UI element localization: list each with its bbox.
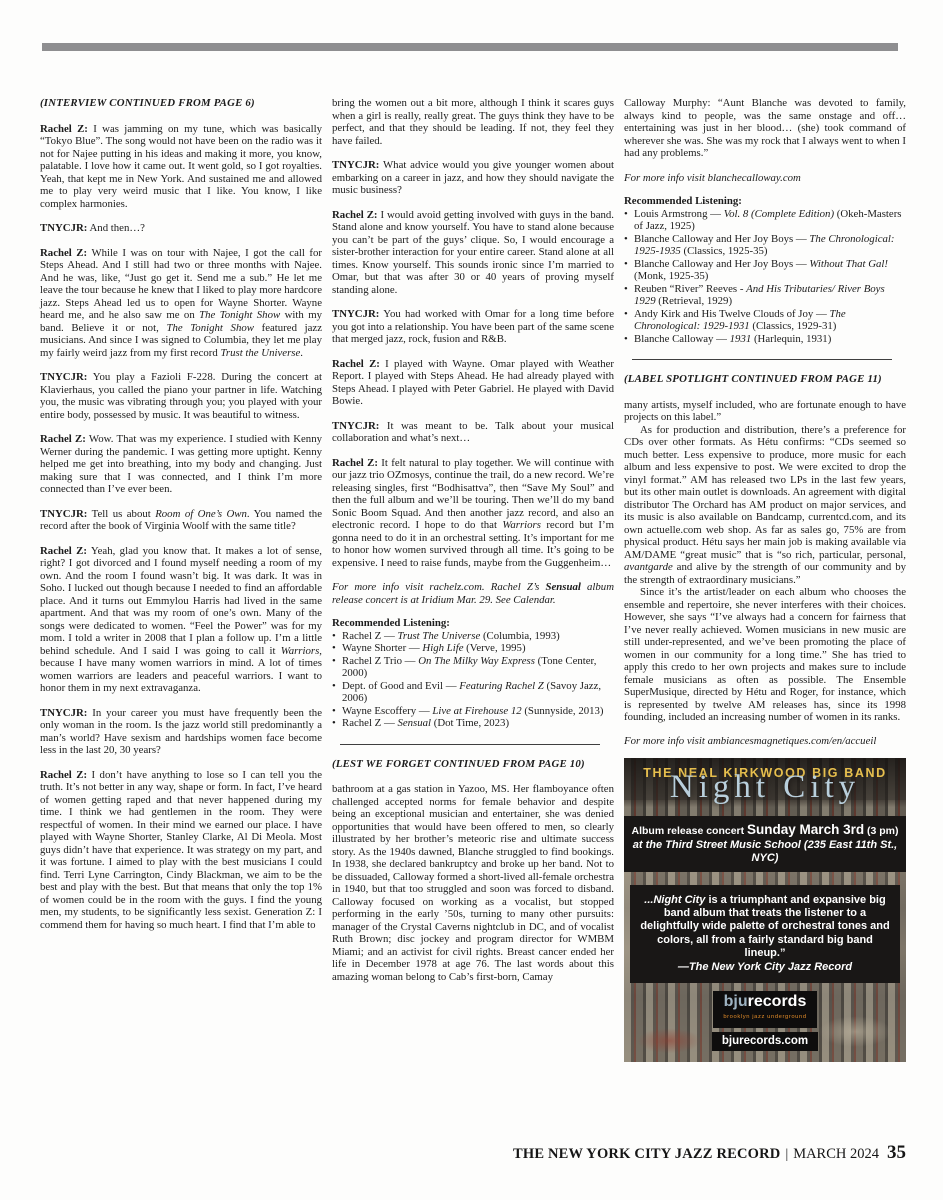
bullet-icon: • xyxy=(624,208,634,233)
bullet-icon: • xyxy=(332,705,342,718)
listening-item: •Blanche Calloway — 1931 (Harlequin, 193… xyxy=(624,333,906,346)
album-title: Night City xyxy=(626,781,904,794)
concert-info-band: Album release concert Sunday March 3rd (… xyxy=(624,816,906,872)
listening-item: •Rachel Z — Trust The Universe (Columbia… xyxy=(332,630,614,643)
bullet-icon: • xyxy=(624,333,634,346)
body-paragraph: Rachel Z: I was jamming on my tune, whic… xyxy=(40,123,322,211)
body-paragraph: TNYCJR: What advice would you give young… xyxy=(332,159,614,197)
column-3-text: Calloway Murphy: “Aunt Blanche was devot… xyxy=(624,97,906,747)
review-quote: ...Night City is a triumphant and expans… xyxy=(630,885,900,983)
body-paragraph: many artists, myself included, who are f… xyxy=(624,399,906,424)
section-header: (LEST WE FORGET CONTINUED FROM PAGE 10) xyxy=(332,758,614,771)
bullet-icon: • xyxy=(332,717,342,730)
logo-records: records xyxy=(748,993,807,1010)
release-date: Sunday March 3rd xyxy=(747,822,864,837)
body-paragraph: Calloway Murphy: “Aunt Blanche was devot… xyxy=(624,97,906,160)
footer-separator: | xyxy=(785,1146,788,1161)
body-paragraph: Rachel Z: I played with Wayne. Omar play… xyxy=(332,358,614,408)
issue-date: MARCH 2024 xyxy=(793,1146,879,1162)
bullet-icon: • xyxy=(624,308,634,333)
page-number: 35 xyxy=(887,1142,906,1163)
section-divider xyxy=(632,359,892,360)
listening-item-text: Louis Armstrong — Vol. 8 (Complete Editi… xyxy=(634,208,906,233)
body-paragraph: TNYCJR: And then…? xyxy=(40,222,322,235)
listening-item-text: Dept. of Good and Evil — Featuring Rache… xyxy=(342,680,614,705)
listening-item: •Louis Armstrong — Vol. 8 (Complete Edit… xyxy=(624,208,906,233)
painting-strip xyxy=(624,872,906,885)
release-line: Album release concert Sunday March 3rd (… xyxy=(627,822,903,839)
bullet-icon: • xyxy=(332,655,342,680)
listening-item-text: Rachel Z Trio — On The Milky Way Express… xyxy=(342,655,614,680)
info-note: For more info visit rachelz.com. Rachel … xyxy=(332,581,614,606)
listening-item-text: Blanche Calloway — 1931 (Harlequin, 1931… xyxy=(634,333,906,346)
magazine-page: (INTERVIEW CONTINUED FROM PAGE 6)Rachel … xyxy=(0,0,943,1200)
list-header: Recommended Listening: xyxy=(332,617,614,630)
bullet-icon: • xyxy=(624,258,634,283)
bullet-icon: • xyxy=(624,283,634,308)
listening-item-text: Blanche Calloway and Her Joy Boys — With… xyxy=(634,258,906,283)
listening-item: •Rachel Z Trio — On The Milky Way Expres… xyxy=(332,655,614,680)
body-paragraph: TNYCJR: In your career you must have fre… xyxy=(40,707,322,757)
label-website: bjurecords.com xyxy=(712,1032,818,1052)
listening-item: •Wayne Escoffery — Live at Firehouse 12 … xyxy=(332,705,614,718)
ad-header: THE NEAL KIRKWOOD BIG BAND Night City xyxy=(624,758,906,800)
album-ad: THE NEAL KIRKWOOD BIG BAND Night City Al… xyxy=(624,758,906,1062)
logo-tagline: brooklyn jazz underground xyxy=(723,1011,806,1024)
bullet-icon: • xyxy=(332,642,342,655)
column-1: (INTERVIEW CONTINUED FROM PAGE 6)Rachel … xyxy=(40,97,322,1062)
bullet-icon: • xyxy=(332,680,342,705)
quote-text: ...Night City is a triumphant and expans… xyxy=(639,894,891,960)
column-3: Calloway Murphy: “Aunt Blanche was devot… xyxy=(624,97,906,1062)
publication-title: THE NEW YORK CITY JAZZ RECORD xyxy=(513,1146,781,1162)
body-paragraph: Rachel Z: It felt natural to play togeth… xyxy=(332,457,614,570)
quote-attribution: —The New York City Jazz Record xyxy=(639,961,891,974)
content-columns: (INTERVIEW CONTINUED FROM PAGE 6)Rachel … xyxy=(40,97,906,1062)
bullet-icon: • xyxy=(332,630,342,643)
info-note: For more info visit blanchecalloway.com xyxy=(624,172,906,185)
body-paragraph: Since it’s the artist/leader on each alb… xyxy=(624,586,906,724)
info-note: For more info visit ambiancesmagnetiques… xyxy=(624,735,906,748)
venue-line: at the Third Street Music School (235 Ea… xyxy=(627,839,903,865)
bju-records-logo: bjurecords brooklyn jazz underground xyxy=(713,991,816,1028)
listening-item-text: Reuben “River” Reeves - And His Tributar… xyxy=(634,283,906,308)
logo-bju: bju xyxy=(724,993,748,1010)
list-header: Recommended Listening: xyxy=(624,195,906,208)
listening-item: •Andy Kirk and His Twelve Clouds of Joy … xyxy=(624,308,906,333)
section-header: (INTERVIEW CONTINUED FROM PAGE 6) xyxy=(40,97,322,110)
body-paragraph: TNYCJR: Tell us about Room of One’s Own.… xyxy=(40,508,322,533)
logo-wordmark: bjurecords xyxy=(723,994,806,1010)
column-2: bring the women out a bit more, although… xyxy=(332,97,614,1062)
release-prefix: Album release concert xyxy=(632,825,748,837)
body-paragraph: Rachel Z: While I was on tour with Najee… xyxy=(40,247,322,360)
listening-item-text: Wayne Shorter — High Life (Verve, 1995) xyxy=(342,642,614,655)
section-header: (LABEL SPOTLIGHT CONTINUED FROM PAGE 11) xyxy=(624,373,906,386)
section-divider xyxy=(340,744,600,745)
bullet-icon: • xyxy=(624,233,634,258)
listening-item-text: Andy Kirk and His Twelve Clouds of Joy —… xyxy=(634,308,906,333)
listening-item-text: Rachel Z — Trust The Universe (Columbia,… xyxy=(342,630,614,643)
release-time: (3 pm) xyxy=(864,825,898,837)
listening-item: •Reuben “River” Reeves - And His Tributa… xyxy=(624,283,906,308)
body-paragraph: Rachel Z: Yeah, glad you know that. It m… xyxy=(40,545,322,695)
body-paragraph: bathroom at a gas station in Yazoo, MS. … xyxy=(332,783,614,983)
page-footer: THE NEW YORK CITY JAZZ RECORD|MARCH 2024… xyxy=(513,1142,906,1164)
listening-item: •Wayne Shorter — High Life (Verve, 1995) xyxy=(332,642,614,655)
listening-item-text: Wayne Escoffery — Live at Firehouse 12 (… xyxy=(342,705,614,718)
body-paragraph: As for production and distribution, ther… xyxy=(624,424,906,587)
body-paragraph: Rachel Z: I don’t have anything to lose … xyxy=(40,769,322,932)
body-paragraph: TNYCJR: You had worked with Omar for a l… xyxy=(332,308,614,346)
label-logo-area: bjurecords brooklyn jazz underground bju… xyxy=(624,983,906,1062)
body-paragraph: TNYCJR: You play a Fazioli F-228. During… xyxy=(40,371,322,421)
listening-item-text: Blanche Calloway and Her Joy Boys — The … xyxy=(634,233,906,258)
body-paragraph: TNYCJR: It was meant to be. Talk about y… xyxy=(332,420,614,445)
body-paragraph: Rachel Z: Wow. That was my experience. I… xyxy=(40,433,322,496)
listening-item: •Dept. of Good and Evil — Featuring Rach… xyxy=(332,680,614,705)
listening-item: •Rachel Z — Sensual (Dot Time, 2023) xyxy=(332,717,614,730)
top-rule xyxy=(42,43,898,51)
listening-item-text: Rachel Z — Sensual (Dot Time, 2023) xyxy=(342,717,614,730)
body-paragraph: bring the women out a bit more, although… xyxy=(332,97,614,147)
body-paragraph: Rachel Z: I would avoid getting involved… xyxy=(332,209,614,297)
listening-item: •Blanche Calloway and Her Joy Boys — Wit… xyxy=(624,258,906,283)
listening-item: •Blanche Calloway and Her Joy Boys — The… xyxy=(624,233,906,258)
